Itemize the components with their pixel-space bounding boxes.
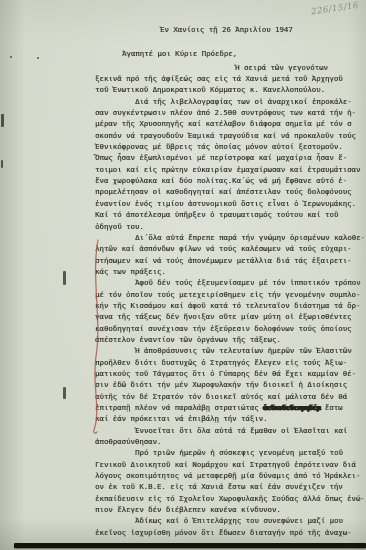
scan-artifact [63,271,66,285]
scan-artifact [37,57,39,59]
letter-page: 226/15/16 Ἐν Χανίοις τῇ 26 Ἀπριλίου 1947… [0,0,366,550]
letter-line: Ἐννοεῖται ὅτι ὅλα αὐτά τά ἔμαθαν οἱ Ἐλασ… [135,425,366,436]
letter-line: ξεκινᾶ πρό τῆς ἀφίξεώς σας εἰς τά Χανιά … [95,73,366,84]
letter-line: ἐπιτραπῇ πλέον νά παραλάβῃ στρατιώτας ἀε… [95,402,366,413]
letter-body: Ἐν Χανίοις τῇ 26 Ἀπριλίου 1947 Ἀγαπητέ μ… [95,24,366,538]
letter-line: ἕνα χωροφύλακα καί δύο πολίτας.Κα΄ώς νά … [95,175,366,186]
letter-line: καί ἐάν πρόκειται νά ἐπιβάλῃ τήν τάξιν. [95,413,366,424]
letter-line: μέ τόν ὁποῖον τούς μετεχειρίσθημεν εἰς τ… [95,289,366,300]
scan-artifact [10,56,12,58]
salutation: Ἀγαπητέ μοι Κύριε Πρόεδρε, [122,48,366,59]
letter-line: τοιμοι καί εἰς πρώτην εὐκαιρίαν ἐμαχαίρω… [95,164,366,175]
letter-line: πιον ἔλεγεν δέν διέβλεπεν κανένα κίνδυνο… [95,504,366,515]
letter-line: Ἡ ἀποθράσυνσις τῶν τελευταίων ἡμερῶν τῶν… [135,345,366,356]
letter-line: προμελέτησαν οἱ καθοδηγηταί καί ἀπέστειλ… [95,186,366,197]
letter-line: ὁδηγοῦ του. [95,221,366,232]
letter-line: τοῦ Ἑνωτικοῦ Δημοκρατικοῦ Κόμματος κ. Κα… [95,84,366,95]
letter-line: στήσωμεν καί νά τούς ἀπονέμωμεν μετάλλια… [95,255,366,266]
letter-lines: Ἡ σειρά τῶν γεγονότωνξεκινᾶ πρό τῆς ἀφίξ… [95,62,366,538]
scan-artifact [1,114,4,127]
letter-line: λητῶν καί ἀσπόνδων φίλων νά τούς καλέσωμ… [95,243,366,254]
letter-line: ἐναντίον ἑνός τιμίου ἀστυνομικοῦ ὅστις ε… [95,198,366,209]
handwritten-reference-number: 226/15/16 [310,1,359,18]
letter-line: ἐκπαίδευσιν εἰς τό Σχολεῖον Χωροφυλακῆς … [95,493,366,504]
letter-line: Καί τό ἀποτέλεσμα ὑπῆρξεν ὁ τραυματισμός… [95,209,366,220]
letter-line: προῆλθεν διότι δυστυχῶς ὁ Στρατηγός ἔλεγ… [95,357,366,368]
scan-artifact [1,160,3,168]
letter-line: κήν τῆς Κισσάμου καί ἀφοῦ κατά τό τελευτ… [95,300,366,311]
letter-line: λόγους σκοπιμότητος νά μεταφερθῇ μία δύν… [95,470,366,481]
letter-line: Γενικοῦ Διοικητοῦ καί Νομάρχου καί Στρατ… [95,459,366,470]
letter-line: σαν συγκέντρωσιν πλέον ἀπό 2.500 συντρόφ… [95,107,366,118]
letter-line: Ἀδίκως καί ὁ Ἐπιτελάρχης του συνεφώνει μ… [135,515,366,526]
letter-line: Διά τῆς λιβελλογραφίας των οἱ ἀναρχικοί … [135,96,366,107]
letter-line: αὐτῆς τόν δέ Στρατόν τόν διοικεῖ αὐτός κ… [95,391,366,402]
letter-line: Ἀφοῦ δέν τούς ἐξευμενίσαμεν μέ τόν ἱπποτ… [135,277,366,288]
scan-edge-shadow [14,543,366,548]
letter-line: καθοδηγηταί συνέχισαν τήν ἐξεύρεσιν δολο… [95,323,366,334]
letter-line: ἀποθρασύνθησαν. [95,436,366,447]
letter-line: Ἐθνικόφρονας μέ ὕβρεις τάς ὁποίας μόνον … [95,141,366,152]
letter-line: γανα τῆς τάξεως δέν ἤνοιξαν οὔτε μίαν μύ… [95,311,366,322]
letter-line: Πρό τριῶν ἡμερῶν ἡ σύσκεψις γενομένη μετ… [135,447,366,458]
letter-line: Δι΄ὅλα αὐτά ἔπρεπε παρά τήν γνώμην ὁρισμ… [135,232,366,243]
letter-line: ἀπέστελον ἐναντίον τῶν ὀργάνων τῆς τάξεω… [95,334,366,345]
letter-line: σκοπόν νά τραγουδοῦν Ἐαμικά τραγούδια κα… [95,130,366,141]
letter-line: ματικούς τοῦ Τάγματος ὅτι ὁ Γύπαρης δέν … [95,368,366,379]
letter-line: Ὅπως ἦσαν ἐξωπλισμένοι μέ περίστροφα καί… [95,152,366,163]
letter-line: Ἡ σειρά τῶν γεγονότων [235,62,366,73]
letter-line: κάς των πράξεις. [95,266,366,277]
letter-line: μέραν τῆς Χρυσοπηγῆς καί κατέλαβον διάφο… [95,118,366,129]
letter-line: ον ἐκ τοῦ Κ.Β.Ε. εἰς τά Χανιά ἔστω καί ἐ… [95,481,366,492]
overstruck-text: ἀεδκυδεδεκρηδέμ [263,403,320,412]
letter-line: ἐκεῖνος ἰσχυρίσθη μόνον ὅτι ἔδωσεν διατα… [95,527,366,538]
scan-artifact [63,387,66,399]
letter-line: σιν ἐδῶ διότι τήν μέν Χωροφυλακήν τήν δι… [95,379,366,390]
dateline: Ἐν Χανίοις τῇ 26 Ἀπριλίου 1947 [160,24,366,35]
